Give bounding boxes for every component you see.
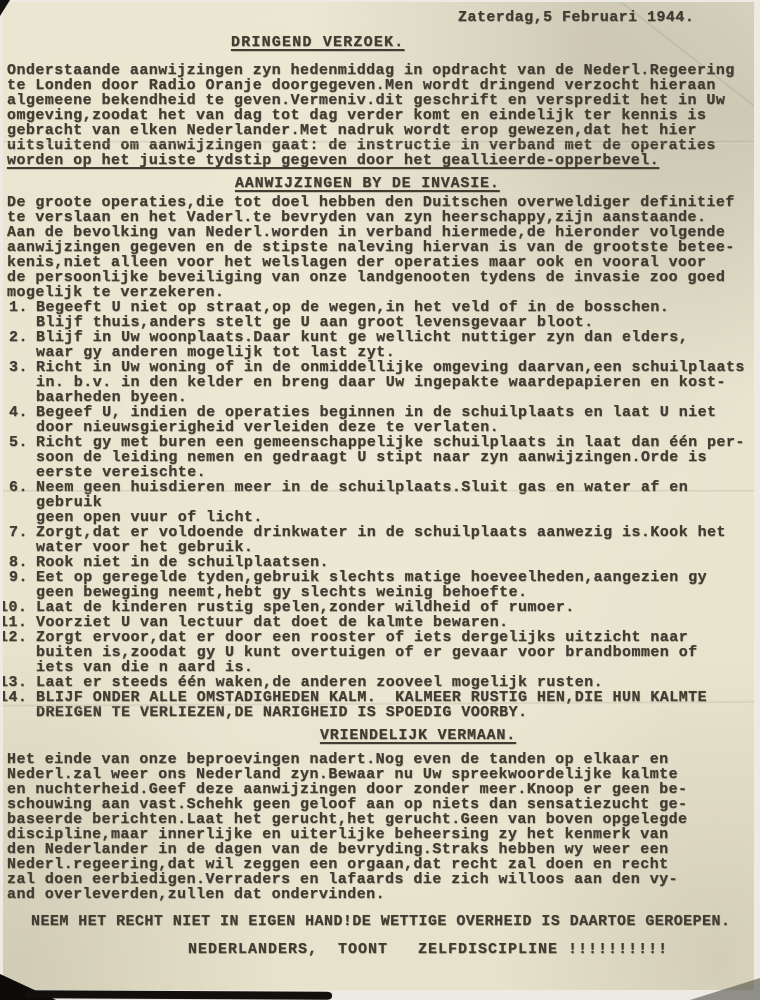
item-number: 8.	[9, 555, 28, 570]
item-number: 12.	[3, 630, 27, 645]
item-number: 11.	[3, 615, 27, 630]
item-text: Begeef U, indien de operaties beginnen i…	[36, 404, 717, 436]
scanned-document-page: Zaterdag,5 Februari 1944. DRINGEND VERZO…	[0, 0, 760, 1000]
item-text: Neem geen huisdieren meer in de schuilpl…	[36, 479, 698, 526]
instructions-list: 1.Begeeft U niet op straat,op de wegen,i…	[7, 300, 754, 720]
document-title: DRINGEND VERZOEK.	[231, 35, 754, 50]
scan-artifact-bottom-strip	[26, 990, 332, 1000]
intro-underlined-line: worden op het juiste tydstip gegeven doo…	[7, 152, 659, 169]
item-number: 2.	[9, 330, 28, 345]
list-item: 10.Laat de kinderen rustig spelen,zonder…	[7, 600, 754, 615]
closing-slogan: NEDERLANDERS, TOONT ZELFDISCIPLINE !!!!!…	[188, 942, 754, 957]
intro-paragraph: Onderstaande aanwijzingen zyn hedenmidda…	[7, 63, 754, 168]
typewritten-paper: Zaterdag,5 Februari 1944. DRINGEND VERZO…	[3, 2, 754, 990]
list-item: 5.Richt gy met buren een gemeenschappeli…	[7, 435, 754, 480]
list-item: 12.Zorgt ervoor,dat er door een rooster …	[7, 630, 754, 675]
item-number: 7.	[9, 525, 28, 540]
item-number: 4.	[9, 405, 28, 420]
item-text: Blijf in Uw woonplaats.Daar kunt ge well…	[36, 329, 688, 361]
invasie-paragraph: De groote operaties,die tot doel hebben …	[7, 195, 754, 300]
item-text: BLIJF ONDER ALLE OMSTADIGHEDEN KALM. KAL…	[36, 689, 707, 721]
item-text: Richt in Uw woning of in de onmiddellijk…	[36, 359, 745, 406]
list-item: 11.Voorziet U van lectuur dat doet de ka…	[7, 615, 754, 630]
item-number: 10.	[3, 600, 27, 615]
item-text: Eet op geregelde tyden,gebruik slechts m…	[36, 569, 707, 601]
item-text: Begeeft U niet op straat,op de wegen,in …	[36, 299, 669, 331]
item-number: 5.	[9, 435, 28, 450]
item-number: 6.	[9, 480, 28, 495]
item-number: 13.	[3, 675, 27, 690]
list-item: 1.Begeeft U niet op straat,op de wegen,i…	[7, 300, 754, 330]
document-date: Zaterdag,5 Februari 1944.	[458, 10, 754, 25]
intro-body: Onderstaande aanwijzingen zyn hedenmidda…	[7, 62, 735, 154]
vermaan-paragraph: Het einde van onze beproevingen nadert.N…	[7, 752, 754, 902]
list-item: 14.BLIJF ONDER ALLE OMSTADIGHEDEN KALM. …	[7, 690, 754, 720]
list-item: 3.Richt in Uw woning of in de onmiddelli…	[7, 360, 754, 405]
item-number: 14.	[3, 690, 27, 705]
section-heading-invasie: AANWIJZINGEN BY DE INVASIE.	[235, 176, 754, 191]
closing-statement: NEEM HET RECHT NIET IN EIGEN HAND!DE WET…	[31, 914, 754, 929]
item-text: Richt gy met buren een gemeenschappelijk…	[36, 434, 745, 481]
list-item: 13.Laat er steeds één waken,de anderen z…	[7, 675, 754, 690]
list-item: 2.Blijf in Uw woonplaats.Daar kunt ge we…	[7, 330, 754, 360]
item-text: Zorgt ervoor,dat er door een rooster of …	[36, 629, 698, 676]
list-item: 9.Eet op geregelde tyden,gebruik slechts…	[7, 570, 754, 600]
list-item: 6.Neem geen huisdieren meer in de schuil…	[7, 480, 754, 525]
list-item: 7.Zorgt,dat er voldoende drinkwater in d…	[7, 525, 754, 555]
item-number: 9.	[9, 570, 28, 585]
list-item: 4.Begeef U, indien de operaties beginnen…	[7, 405, 754, 435]
item-number: 1.	[9, 300, 28, 315]
section-heading-vermaan: VRIENDELIJK VERMAAN.	[320, 728, 754, 743]
item-number: 3.	[9, 360, 28, 375]
list-item: 8.Rook niet in de schuilplaatsen.	[7, 555, 754, 570]
item-text: Zorgt,dat er voldoende drinkwater in de …	[36, 524, 726, 556]
